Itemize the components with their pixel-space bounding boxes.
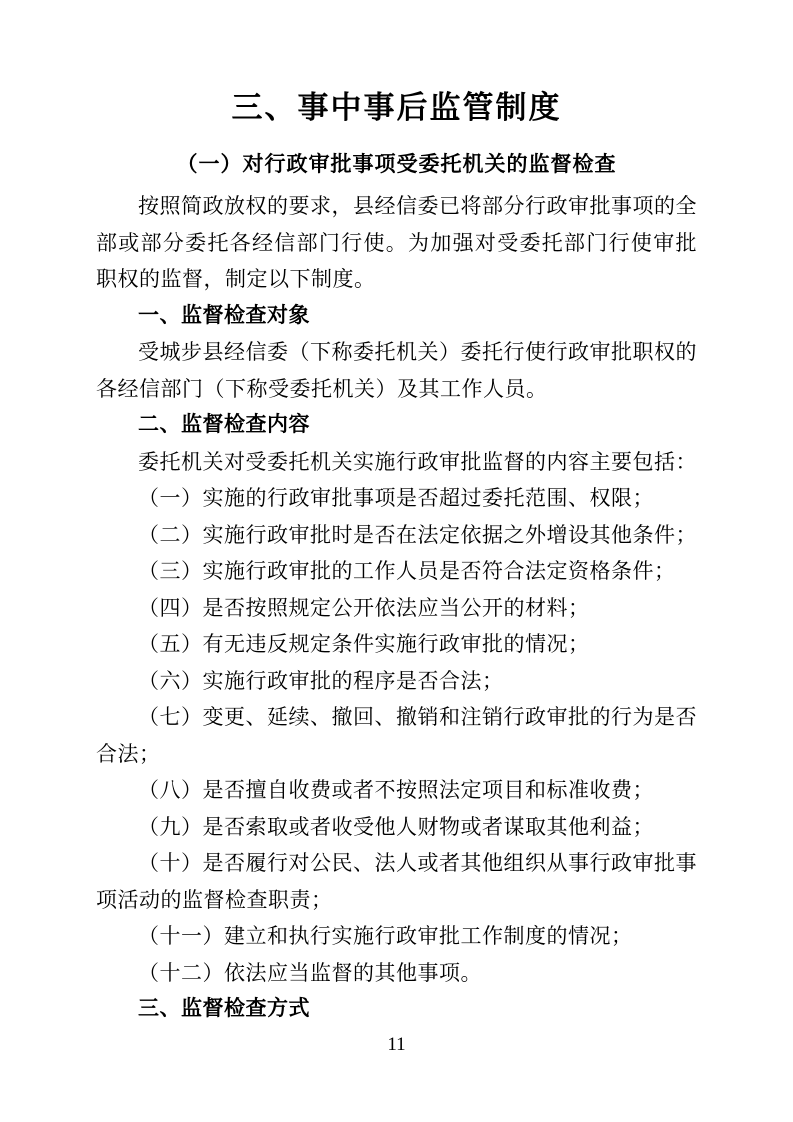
- list-item-2: （二）实施行政审批时是否在法定依据之外增设其他条件；: [96, 517, 697, 554]
- paragraph-section-2-lead: 委托机关对受委托机关实施行政审批监督的内容主要包括：: [96, 444, 697, 481]
- paragraph-section-1: 受城步县经信委（下称委托机关）委托行使行政审批职权的各经信部门（下称受委托机关）…: [96, 334, 697, 407]
- list-item-12: （十二）依法应当监督的其他事项。: [96, 955, 697, 992]
- document-content: 三、事中事后监管制度 （一）对行政审批事项受委托机关的监督检查 按照简政放权的要…: [96, 86, 697, 1028]
- list-item-10: （十）是否履行对公民、法人或者其他组织从事行政审批事项活动的监督检查职责；: [96, 845, 697, 918]
- list-item-7: （七）变更、延续、撤回、撤销和注销行政审批的行为是否合法；: [96, 699, 697, 772]
- list-item-1: （一）实施的行政审批事项是否超过委托范围、权限；: [96, 480, 697, 517]
- list-item-8: （八）是否擅自收费或者不按照法定项目和标准收费；: [96, 772, 697, 809]
- list-item-9: （九）是否索取或者收受他人财物或者谋取其他利益；: [96, 809, 697, 846]
- document-page: 三、事中事后监管制度 （一）对行政审批事项受委托机关的监督检查 按照简政放权的要…: [0, 0, 793, 1122]
- list-item-4: （四）是否按照规定公开依法应当公开的材料；: [96, 590, 697, 627]
- list-item-11: （十一）建立和执行实施行政审批工作制度的情况；: [96, 918, 697, 955]
- section-heading-3: 三、监督检查方式: [96, 991, 697, 1028]
- list-item-3: （三）实施行政审批的工作人员是否符合法定资格条件；: [96, 553, 697, 590]
- section-heading-2: 二、监督检查内容: [96, 407, 697, 444]
- list-item-6: （六）实施行政审批的程序是否合法；: [96, 663, 697, 700]
- paragraph-intro: 按照简政放权的要求，县经信委已将部分行政审批事项的全部或部分委托各经信部门行使。…: [96, 188, 697, 298]
- document-title: 三、事中事后监管制度: [96, 86, 697, 130]
- page-number: 11: [0, 1034, 793, 1056]
- document-subtitle: （一）对行政审批事项受委托机关的监督检查: [96, 146, 697, 183]
- list-item-5: （五）有无违反规定条件实施行政审批的情况；: [96, 626, 697, 663]
- section-heading-1: 一、监督检查对象: [96, 298, 697, 335]
